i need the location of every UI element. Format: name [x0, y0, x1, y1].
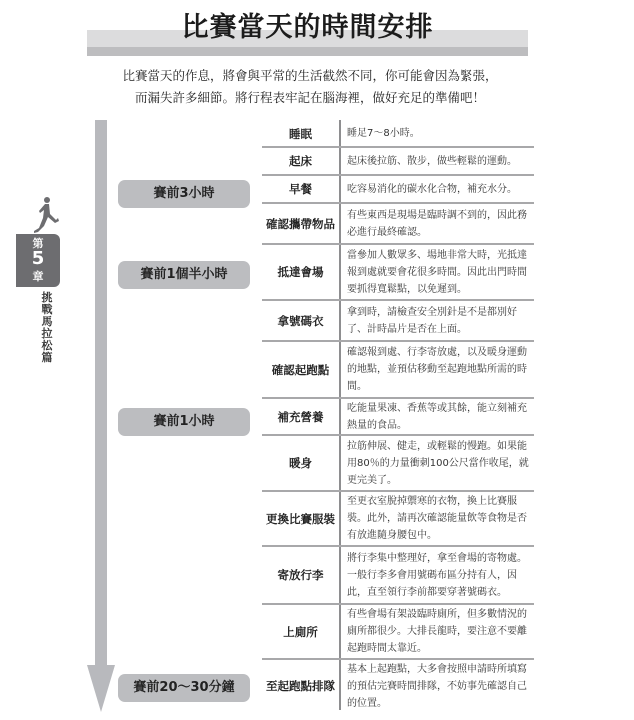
task-name: 暖身: [262, 436, 339, 490]
task-name: 確認攜帶物品: [262, 204, 339, 243]
timeline-arrow-shaft: [95, 120, 107, 668]
timeline-marker: 賽前1個半小時: [118, 261, 250, 289]
task-name: 至起跑點排隊: [262, 660, 339, 712]
task-name: 睡眠: [262, 120, 339, 147]
table-row: 拿號碼衣 拿到時，請檢查安全別針是不是都別好了、計時晶片是否在上面。: [262, 301, 534, 340]
intro-line: 而漏失許多細節。將行程表牢記在腦海裡，做好充足的準備吧！: [60, 87, 560, 109]
table-row: 確認攜帶物品 有些東西是現場是臨時調不到的，因此務必進行最終確認。: [262, 204, 534, 243]
task-desc: 有些東西是現場是臨時調不到的，因此務必進行最終確認。: [347, 207, 532, 241]
task-desc: 確認報到處、行李寄放處，以及暖身運動的地點，並預估移動至起跑地點所需的時間。: [347, 344, 532, 395]
task-name: 起床: [262, 148, 339, 174]
runner-icon: [30, 196, 62, 236]
chapter-number: 5: [16, 249, 60, 269]
task-name: 確認起跑點: [262, 342, 339, 397]
task-desc: 至更衣室脫掉禦寒的衣物，換上比賽服裝。此外，請再次確認能量飲等食物是否有放進隨身…: [347, 493, 532, 544]
timeline-marker: 賽前3小時: [118, 180, 250, 208]
task-desc: 拿到時，請檢查安全別針是不是都別好了、計時晶片是否在上面。: [347, 304, 532, 338]
table-row: 更換比賽服裝 至更衣室脫掉禦寒的衣物，換上比賽服裝。此外，請再次確認能量飲等食物…: [262, 492, 534, 545]
table-row: 起床 起床後拉筋、散步，做些輕鬆的運動。: [262, 148, 534, 174]
task-desc: 有些會場有架設臨時廁所，但多數情況的廁所都很少。大排長龍時，要注意不要離起跑時間…: [347, 606, 532, 657]
table-row: 寄放行李 將行李集中整理好，拿至會場的寄物處。一般行李多會用號碼布區分持有人，因…: [262, 547, 534, 603]
chapter-tab: 第 5 章: [16, 234, 60, 287]
timeline-arrow-head: [87, 665, 115, 712]
chapter-suffix: 章: [16, 271, 60, 283]
intro-line: 比賽當天的作息，將會與平常的生活截然不同，你可能會因為緊張，: [60, 65, 560, 87]
chapter-title: 挑戰馬拉松篇: [40, 292, 54, 364]
table-row: 睡眠 睡足7～8小時。: [262, 120, 534, 147]
table-row: 暖身 拉筋伸展、健走，或輕鬆的慢跑。如果能用80％的力量衝刺100公尺當作收尾，…: [262, 436, 534, 490]
task-name: 拿號碼衣: [262, 301, 339, 340]
task-name: 早餐: [262, 176, 339, 202]
timeline-marker: 賽前20～30分鐘: [118, 674, 250, 702]
task-desc: 當參加人數眾多、場地非常大時，光抵達報到處就要會花很多時間。因此出門時間要抓得寬…: [347, 247, 532, 298]
table-row: 確認起跑點 確認報到處、行李寄放處，以及暖身運動的地點，並預估移動至起跑地點所需…: [262, 342, 534, 397]
page-title: 比賽當天的時間安排: [87, 8, 528, 48]
task-desc: 吃容易消化的碳水化合物，補充水分。: [347, 181, 517, 198]
task-name: 抵達會場: [262, 245, 339, 299]
task-name: 補充營養: [262, 399, 339, 434]
table-row: 上廁所 有些會場有架設臨時廁所，但多數情況的廁所都很少。大排長龍時，要注意不要離…: [262, 605, 534, 658]
task-desc: 起床後拉筋、散步，做些輕鬆的運動。: [347, 153, 517, 170]
task-desc: 拉筋伸展、健走，或輕鬆的慢跑。如果能用80％的力量衝刺100公尺當作收尾，就更完…: [347, 438, 532, 489]
task-desc: 將行李集中整理好，拿至會場的寄物處。一般行李多會用號碼布區分持有人，因此，直至領…: [347, 550, 532, 601]
title-banner-dark: [87, 47, 528, 56]
task-name: 寄放行李: [262, 547, 339, 603]
table-row: 至起跑點排隊 基本上起跑點，大多會按照申請時所填寫的預估完賽時間排隊，不妨事先確…: [262, 660, 534, 712]
intro-text: 比賽當天的作息，將會與平常的生活截然不同，你可能會因為緊張， 而漏失許多細節。將…: [60, 65, 560, 109]
task-name: 更換比賽服裝: [262, 492, 339, 545]
timeline-marker: 賽前1小時: [118, 408, 250, 436]
task-desc: 吃能量果凍、香蕉等或其餘，能立刻補充熱量的食品。: [347, 400, 532, 434]
table-row: 補充營養 吃能量果凍、香蕉等或其餘，能立刻補充熱量的食品。: [262, 399, 534, 434]
task-desc: 睡足7～8小時。: [347, 125, 420, 142]
task-desc: 基本上起跑點，大多會按照申請時所填寫的預估完賽時間排隊，不妨事先確認自己的位置。: [347, 661, 532, 712]
table-row: 抵達會場 當參加人數眾多、場地非常大時，光抵達報到處就要會花很多時間。因此出門時…: [262, 245, 534, 299]
task-name: 上廁所: [262, 605, 339, 658]
table-row: 早餐 吃容易消化的碳水化合物，補充水分。: [262, 176, 534, 202]
